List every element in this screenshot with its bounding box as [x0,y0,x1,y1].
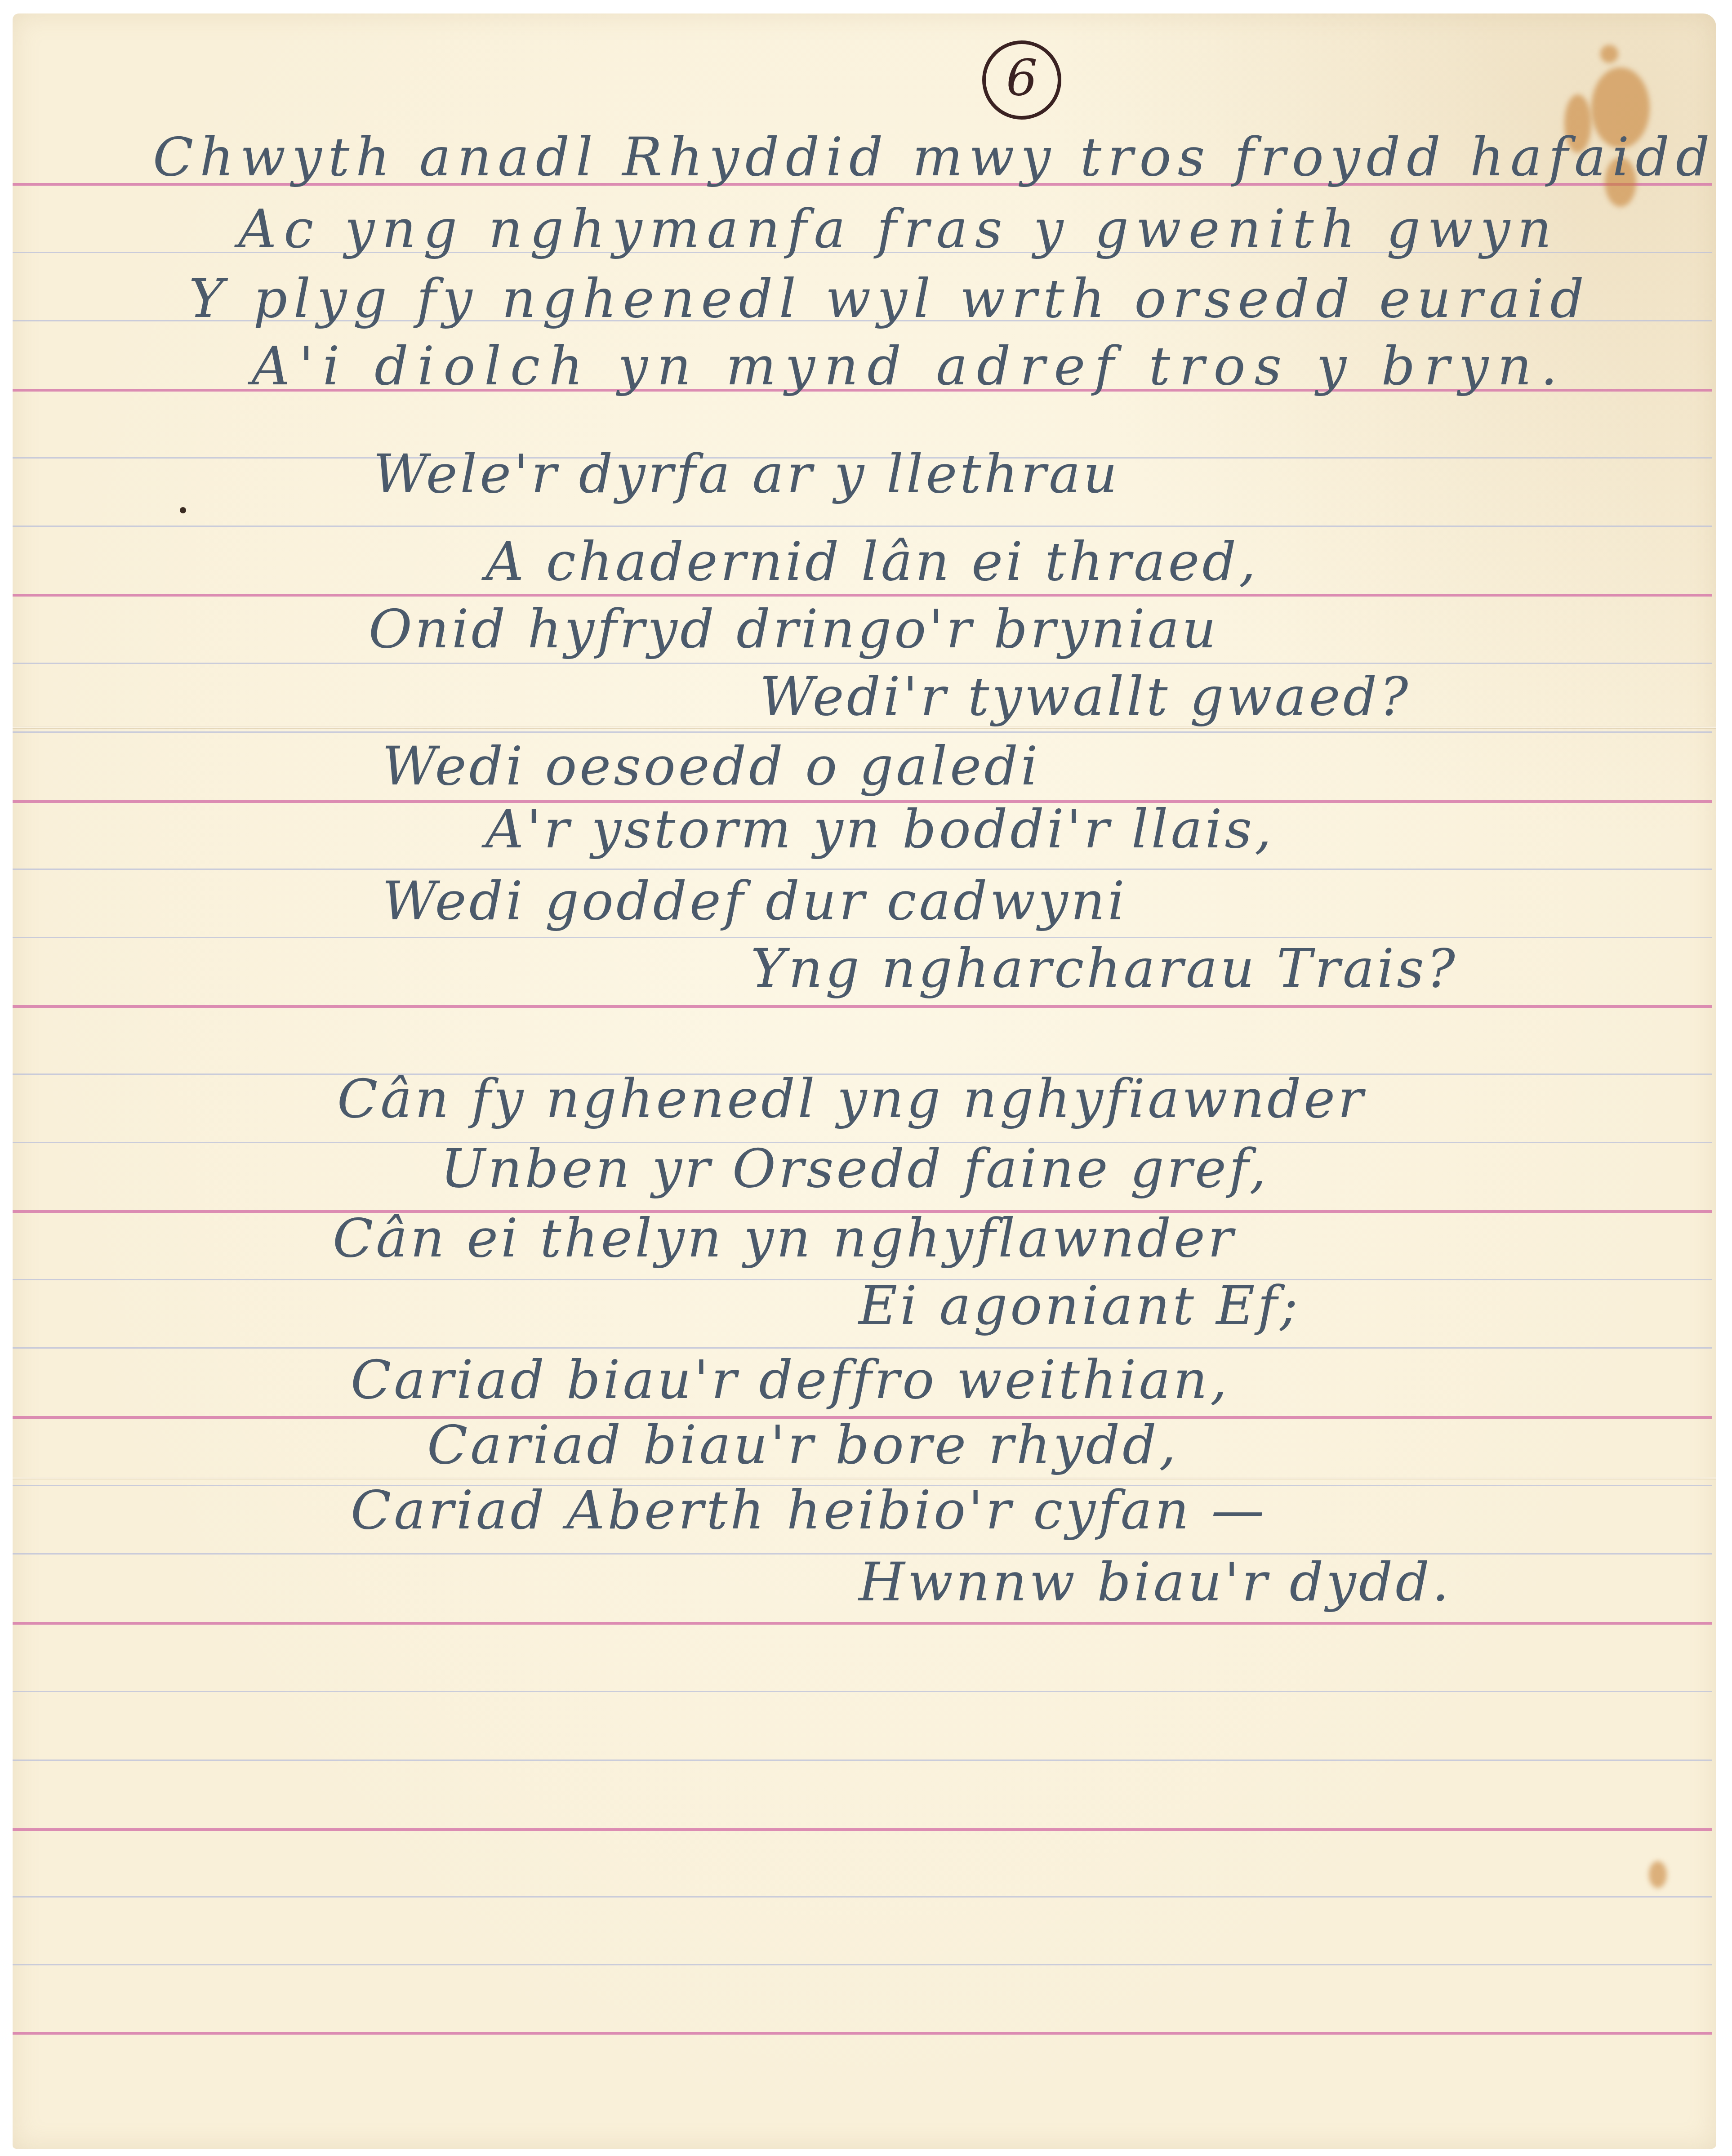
poem-line: Cariad biau'r bore rhydd, [427,1414,1179,1476]
ruled-line-pink [13,1622,1712,1625]
ink-dot [180,507,186,513]
page-number: 6 [982,40,1061,120]
rust-stain [1649,1861,1667,1888]
poem-line: A'r ystorm yn boddi'r llais, [485,798,1274,860]
poem-line: Wedi'r tywallt gwaed? [760,665,1411,727]
ruled-line-blue [13,663,1712,664]
ruled-line-pink [13,594,1712,597]
poem-line: Y plyg fy nghenedl wyl wrth orsedd eurai… [189,267,1590,330]
ruled-line-blue [13,731,1712,733]
poem-line: Onid hyfryd dringo'r bryniau [369,598,1219,660]
poem-line: Wedi goddef dur cadwyni [382,870,1127,932]
poem-line: Unben yr Orsedd faine gref, [441,1137,1269,1199]
poem-line: Ac yng nghymanfa fras y gwenith gwyn [238,198,1558,260]
ruled-line-blue [13,1896,1712,1898]
ruled-line-blue [13,1691,1712,1692]
poem-line: Cân ei thelyn yn nghyflawnder [333,1207,1236,1269]
ruled-line-blue [13,1964,1712,1965]
ruled-line-pink [13,1005,1712,1008]
poem-line: A chadernid lân ei thraed, [485,530,1258,592]
poem-line: Cariad Aberth heibio'r cyfan — [351,1479,1267,1541]
poem-line: Wele'r dyrfa ar y llethrau [373,443,1120,505]
poem-line: Hwnnw biau'r dydd. [859,1551,1451,1613]
ruled-line-blue [13,1760,1712,1761]
ruled-line-blue [13,526,1712,527]
ruled-line-pink [13,2032,1712,2035]
poem-line: Chwyth anadl Rhyddid mwy tros froydd haf… [153,126,1716,188]
ruled-line-pink [13,1828,1712,1831]
poem-line: Cariad biau'r deffro weithian, [351,1349,1229,1411]
poem-line: A'i diolch yn mynd adref tros y bryn. [252,335,1567,397]
rust-stain [1600,45,1618,63]
poem-line: Yng ngharcharau Trais? [751,937,1458,999]
poem-line: Wedi oesoedd o galedi [382,735,1040,797]
poem-line: Cân fy nghenedl yng nghyfiawnder [337,1068,1366,1130]
poem-line: Ei agoniant Ef; [859,1274,1300,1336]
